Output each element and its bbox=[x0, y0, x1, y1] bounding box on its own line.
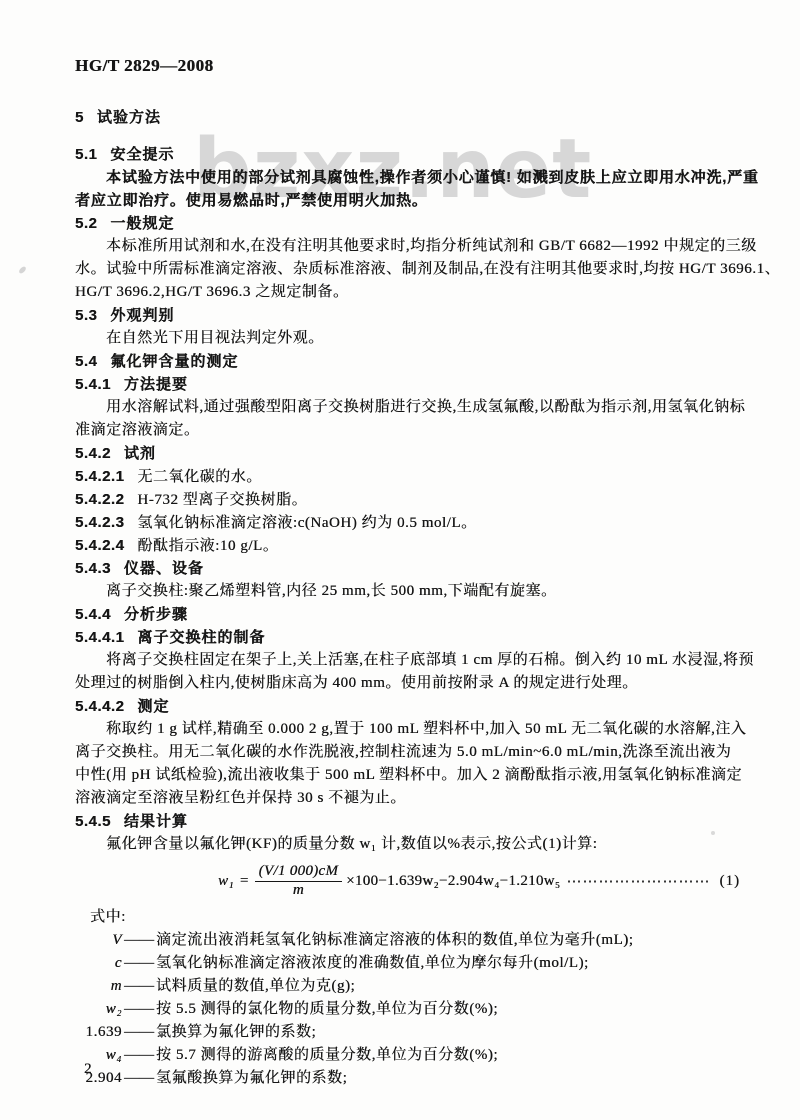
clause-title: 分析步骤 bbox=[124, 606, 188, 623]
heading-5-4: 5.4氟化钾含量的测定 bbox=[75, 350, 762, 373]
fraction-numerator: (V/1 000)cM bbox=[255, 863, 343, 882]
clause-5-4-2-2: 5.4.2.2H-732 型离子交换树脂。 bbox=[75, 488, 762, 511]
dot-leader: ⋯⋯⋯⋯⋯⋯⋯⋯⋯ bbox=[566, 872, 713, 891]
clause-text: H-732 型离子交换树脂。 bbox=[137, 492, 307, 508]
clause-number: 5.4 bbox=[75, 353, 97, 370]
symbol: 1.639 bbox=[75, 1021, 122, 1044]
em-dash: —— bbox=[124, 952, 154, 975]
equation-number: (1) bbox=[720, 873, 741, 890]
symbol: 2.904 bbox=[75, 1067, 122, 1090]
definition-row-V: V——滴定流出液消耗氢氧化钠标准滴定溶液的体积的数值,单位为毫升(mL); bbox=[75, 929, 762, 952]
fraction-denominator: m bbox=[255, 882, 343, 899]
em-dash: —— bbox=[124, 1044, 154, 1067]
paragraph-line: 用水溶解试料,通过强酸型阳离子交换树脂进行交换,生成氢氟酸,以酚酞为指示剂,用氢… bbox=[75, 396, 762, 419]
symbol: w₂ bbox=[75, 998, 122, 1021]
symbol: c bbox=[75, 952, 122, 975]
clause-number: 5.4.2.1 bbox=[75, 468, 124, 485]
scan-artifact bbox=[18, 265, 27, 274]
equals-sign: = bbox=[240, 873, 249, 890]
clause-number: 5.4.2 bbox=[75, 445, 111, 462]
document-body: 5试验方法 5.1安全提示 本试验方法中使用的部分试剂具腐蚀性,操作者须小心谨慎… bbox=[75, 106, 762, 1090]
heading-5-4-4-2: 5.4.4.2测定 bbox=[75, 695, 762, 718]
paragraph-line: 离子交换柱:聚乙烯塑料管,内径 25 mm,长 500 mm,下端配有旋塞。 bbox=[75, 580, 762, 603]
clause-text: 氢氧化钠标准滴定溶液:c(NaOH) 约为 0.5 mol/L。 bbox=[137, 515, 476, 531]
heading-5-1: 5.1安全提示 bbox=[75, 143, 762, 166]
paragraph-line: 在自然光下用目视法判定外观。 bbox=[75, 327, 762, 350]
paragraph-line: 称取约 1 g 试样,精确至 0.000 2 g,置于 100 mL 塑料杯中,… bbox=[75, 718, 762, 741]
definition-text: 滴定流出液消耗氢氧化钠标准滴定溶液的体积的数值,单位为毫升(mL); bbox=[156, 929, 633, 952]
heading-5-4-5: 5.4.5结果计算 bbox=[75, 810, 762, 833]
clause-text: 无二氧化碳的水。 bbox=[137, 469, 261, 485]
clause-5-4-2-1: 5.4.2.1无二氧化碳的水。 bbox=[75, 465, 762, 488]
clause-title: 试验方法 bbox=[97, 109, 161, 126]
heading-5-4-4: 5.4.4分析步骤 bbox=[75, 603, 762, 626]
clause-number: 5.4.2.3 bbox=[75, 514, 124, 531]
clause-title: 外观判别 bbox=[110, 307, 174, 324]
clause-title: 方法提要 bbox=[124, 376, 188, 393]
clause-title: 离子交换柱的制备 bbox=[137, 629, 265, 646]
heading-5-3: 5.3外观判别 bbox=[75, 304, 762, 327]
safety-paragraph-line: 本试验方法中使用的部分试剂具腐蚀性,操作者须小心谨慎! 如溅到皮肤上应立即用水冲… bbox=[75, 166, 762, 189]
clause-number: 5.2 bbox=[75, 215, 97, 232]
paragraph-line: 氟化钾含量以氟化钾(KF)的质量分数 w₁ 计,数值以%表示,按公式(1)计算: bbox=[75, 833, 762, 856]
clause-5-4-2-4: 5.4.2.4酚酞指示液:10 g/L。 bbox=[75, 534, 762, 557]
heading-5-4-3: 5.4.3仪器、设备 bbox=[75, 557, 762, 580]
definition-row-m: m——试料质量的数值,单位为克(g); bbox=[75, 975, 762, 998]
definition-row-2904: 2.904——氢氟酸换算为氟化钾的系数; bbox=[75, 1067, 762, 1090]
clause-title: 结果计算 bbox=[124, 813, 188, 830]
clause-number: 5.3 bbox=[75, 307, 97, 324]
definition-row-c: c——氢氧化钠标准滴定溶液浓度的准确数值,单位为摩尔每升(mol/L); bbox=[75, 952, 762, 975]
definition-text: 按 5.5 测得的氯化物的质量分数,单位为百分数(%); bbox=[156, 998, 498, 1021]
heading-5-4-2: 5.4.2试剂 bbox=[75, 442, 762, 465]
heading-5-4-4-1: 5.4.4.1离子交换柱的制备 bbox=[75, 626, 762, 649]
em-dash: —— bbox=[124, 929, 154, 952]
equation-terms: ×100−1.639w₂−2.904w₄−1.210w₅ bbox=[346, 873, 560, 890]
paragraph-line: 溶液滴定至溶液呈粉红色并保持 30 s 不褪为止。 bbox=[75, 787, 762, 810]
clause-number: 5.4.5 bbox=[75, 813, 111, 830]
em-dash: —— bbox=[124, 998, 154, 1021]
clause-5-4-2-3: 5.4.2.3氢氧化钠标准滴定溶液:c(NaOH) 约为 0.5 mol/L。 bbox=[75, 511, 762, 534]
clause-title: 测定 bbox=[137, 698, 169, 715]
definition-text: 氢氧化钠标准滴定溶液浓度的准确数值,单位为摩尔每升(mol/L); bbox=[156, 952, 589, 975]
heading-5-2: 5.2一般规定 bbox=[75, 212, 762, 235]
definition-text: 氢氟酸换算为氟化钾的系数; bbox=[156, 1067, 347, 1090]
heading-5-4-1: 5.4.1方法提要 bbox=[75, 373, 762, 396]
em-dash: —— bbox=[124, 975, 154, 998]
clause-number: 5.4.4 bbox=[75, 606, 111, 623]
definition-text: 按 5.7 测得的游离酸的质量分数,单位为百分数(%); bbox=[156, 1044, 498, 1067]
equation-1: w₁ = (V/1 000)cM m ×100−1.639w₂−2.904w₄−… bbox=[75, 856, 762, 906]
clause-number: 5.4.3 bbox=[75, 560, 111, 577]
clause-title: 氟化钾含量的测定 bbox=[110, 353, 238, 370]
definition-text: 氯换算为氟化钾的系数; bbox=[156, 1021, 316, 1044]
clause-title: 安全提示 bbox=[110, 146, 174, 163]
clause-number: 5.4.1 bbox=[75, 376, 111, 393]
definition-row-w2: w₂——按 5.5 测得的氯化物的质量分数,单位为百分数(%); bbox=[75, 998, 762, 1021]
symbol: V bbox=[75, 929, 122, 952]
clause-number: 5.1 bbox=[75, 146, 97, 163]
paragraph-line: 将离子交换柱固定在架子上,关上活塞,在柱子底部填 1 cm 厚的石棉。倒入约 1… bbox=[75, 649, 762, 672]
paragraph-line: 中性(用 pH 试纸检验),流出液收集于 500 mL 塑料杯中。加入 2 滴酚… bbox=[75, 764, 762, 787]
em-dash: —— bbox=[124, 1067, 154, 1090]
definition-row-1639: 1.639——氯换算为氟化钾的系数; bbox=[75, 1021, 762, 1044]
paragraph-line: 准滴定溶液滴定。 bbox=[75, 419, 762, 442]
symbol: w₄ bbox=[75, 1044, 122, 1067]
document-page: bzxz.net HG/T 2829—2008 5试验方法 5.1安全提示 本试… bbox=[0, 0, 800, 1120]
paragraph-line: HG/T 3696.2,HG/T 3696.3 之规定制备。 bbox=[75, 281, 762, 304]
paragraph-line: 水。试验中所需标准滴定溶液、杂质标准溶液、制剂及制品,在没有注明其他要求时,均按… bbox=[75, 258, 762, 281]
paragraph-line: 处理过的树脂倒入柱内,使树脂床高为 400 mm。使用前按附录 A 的规定进行处… bbox=[75, 672, 762, 695]
clause-number: 5.4.2.2 bbox=[75, 491, 124, 508]
safety-paragraph-line: 者应立即治疗。使用易燃品时,严禁使用明火加热。 bbox=[75, 189, 762, 212]
equation-lhs: w₁ bbox=[218, 873, 234, 890]
page-number: 2 bbox=[84, 1061, 92, 1078]
definition-text: 试料质量的数值,单位为克(g); bbox=[156, 975, 355, 998]
fraction: (V/1 000)cM m bbox=[255, 863, 343, 899]
clause-number: 5.4.4.2 bbox=[75, 698, 124, 715]
clause-number: 5.4.4.1 bbox=[75, 629, 124, 646]
clause-number: 5.4.2.4 bbox=[75, 537, 124, 554]
clause-number: 5 bbox=[75, 109, 84, 126]
clause-title: 一般规定 bbox=[110, 215, 174, 232]
symbol: m bbox=[75, 975, 122, 998]
where-label: 式中: bbox=[75, 906, 762, 929]
clause-text: 酚酞指示液:10 g/L。 bbox=[137, 538, 278, 554]
definition-row-w4: w₄——按 5.7 测得的游离酸的质量分数,单位为百分数(%); bbox=[75, 1044, 762, 1067]
em-dash: —— bbox=[124, 1021, 154, 1044]
heading-5: 5试验方法 bbox=[75, 106, 762, 129]
clause-title: 试剂 bbox=[124, 445, 156, 462]
paragraph-line: 本标准所用试剂和水,在没有注明其他要求时,均指分析纯试剂和 GB/T 6682—… bbox=[75, 235, 762, 258]
paragraph-line: 离子交换柱。用无二氧化碳的水作洗脱液,控制柱流速为 5.0 mL/min~6.0… bbox=[75, 741, 762, 764]
standard-number-header: HG/T 2829—2008 bbox=[75, 56, 213, 76]
clause-title: 仪器、设备 bbox=[124, 560, 204, 577]
